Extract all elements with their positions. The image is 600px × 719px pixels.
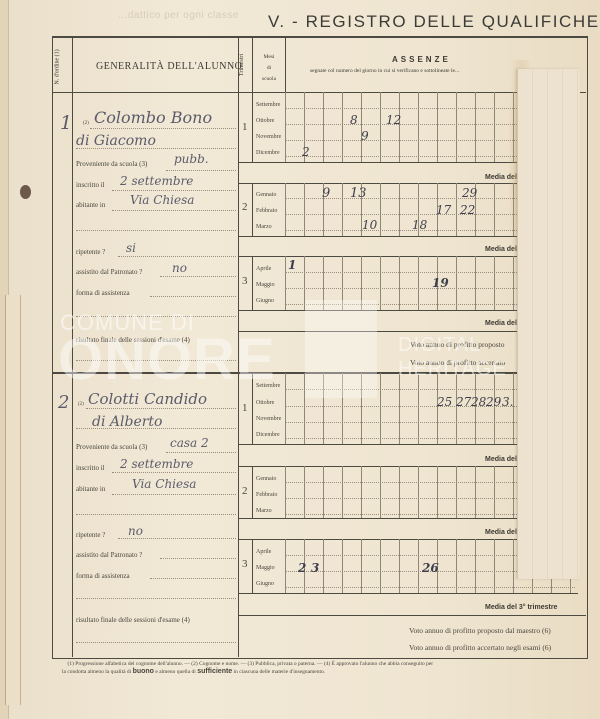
page-title: V. - REGISTRO DELLE QUALIFICHE <box>268 12 600 32</box>
torn-edge <box>5 295 21 705</box>
absence-mark: 9 <box>322 186 330 201</box>
absence-mark: 10 <box>362 218 377 232</box>
header-assenze: ASSENZE <box>392 55 451 64</box>
absence-mark: 2 <box>298 561 306 575</box>
col-divider <box>285 37 286 92</box>
absence-mark: 9 <box>361 129 369 143</box>
absence-mark: 3. <box>502 395 513 409</box>
absence-mark: 2 <box>302 145 310 159</box>
pasted-paper-slip <box>517 69 580 579</box>
absence-mark: 18 <box>412 218 427 232</box>
absence-mark: 29 <box>486 395 501 409</box>
student-index: 2 <box>58 392 69 413</box>
field-iscritto: 2 settembre <box>120 174 193 188</box>
watermark-text: HERITAGE <box>398 358 507 381</box>
absence-mark: 28 <box>471 395 486 409</box>
binding-hole <box>20 185 31 199</box>
absence-grid <box>285 183 519 236</box>
absence-mark: 3 <box>311 561 319 575</box>
header-mesi: Mesi di scuola <box>253 52 285 85</box>
absence-mark: 17 <box>436 203 451 217</box>
watermark-logo-icon <box>305 300 377 398</box>
field-provenienza: pubb. <box>174 152 209 166</box>
field-ripetente: si <box>126 241 136 255</box>
absence-mark: 25 <box>437 395 452 409</box>
absence-mark: 1 <box>288 258 296 272</box>
absence-mark: 27 <box>456 395 471 409</box>
header-assenze-sub: segnate col numero del giorno in cui si … <box>310 68 520 74</box>
student-name: Colombo Bono <box>94 108 212 127</box>
footnote: (1) Progressione alfabetica del cognome … <box>62 660 582 676</box>
header-index-col: N. d'ordine (1) <box>52 46 72 90</box>
student-index: 1 <box>60 112 72 134</box>
absence-mark: 13 <box>350 186 367 201</box>
col-divider <box>252 37 253 92</box>
field-abitante: Via Chiesa <box>130 193 194 207</box>
absence-grid <box>285 466 519 518</box>
field-abitante: Via Chiesa <box>132 477 196 491</box>
field-provenienza: casa 2 <box>170 436 209 450</box>
field-iscritto: 2 settembre <box>120 457 193 471</box>
header-generalita: GENERALITÀ DELL'ALUNNO <box>96 61 242 72</box>
absence-mark: 8 <box>350 113 358 127</box>
absence-mark: 22 <box>460 203 475 217</box>
absence-mark: 12 <box>386 113 401 127</box>
absence-mark: 26 <box>422 561 439 575</box>
absence-mark: 19 <box>432 276 449 290</box>
register-page: ...dattico per ogni classe V. - REGISTRO… <box>0 0 600 719</box>
field-patronato: no <box>172 261 187 275</box>
absence-grid <box>285 92 519 162</box>
bleed-through-text: ...dattico per ogni classe <box>118 10 239 21</box>
watermark-text: DIGITAL <box>398 334 481 357</box>
watermark-text: ONORE <box>58 326 276 393</box>
absence-mark: 29 <box>462 186 477 200</box>
student-father: di Giacomo <box>76 133 156 149</box>
field-ripetente: no <box>128 524 143 538</box>
